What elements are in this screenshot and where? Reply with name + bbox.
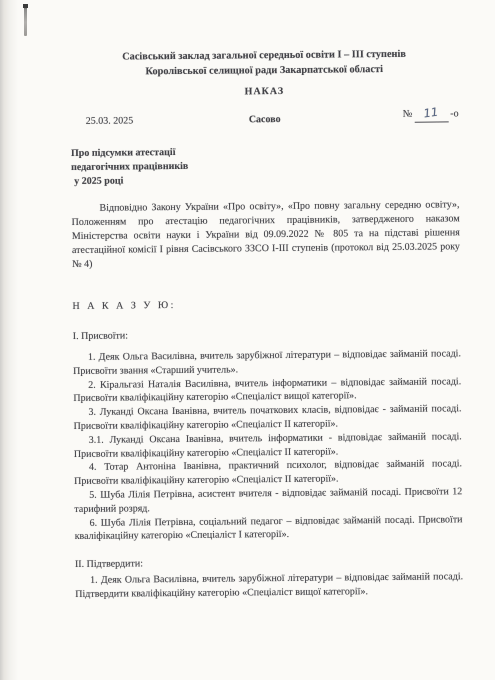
subject-block: Про підсумки атестації педагогічних прац…: [71, 143, 459, 189]
section-2-items: 1. Деяк Ольга Василівна, вчитель зарубіж…: [75, 570, 463, 601]
org-name-block: Сасівський заклад загальної середньої ос…: [70, 46, 458, 80]
section-2-heading: ІІ. Підтвердити:: [75, 554, 463, 572]
doc-number-label: №: [403, 109, 413, 120]
doc-number-underline: 11: [414, 107, 448, 122]
order-item-4: 4. Тотар Антоніна Іванівна, практичний п…: [74, 458, 462, 489]
scanned-document-page: Сасівський заклад загальної середньої ос…: [0, 0, 495, 680]
staple-mark: [24, 5, 27, 36]
doc-number: №11-о: [403, 107, 459, 122]
order-item-6: 6. Шуба Лілія Петрівна, соціальний педаг…: [74, 513, 462, 544]
confirm-item-1: 1. Деяк Ольга Василівна, вчитель зарубіж…: [75, 570, 463, 601]
order-item-3: 3. Луканді Оксана Іванівна, вчитель поча…: [73, 402, 461, 433]
doc-number-handwritten: 11: [423, 106, 439, 119]
page-edge-shadow: [0, 0, 18, 680]
doc-number-suffix: -о: [450, 108, 458, 119]
doc-place: Сасово: [71, 111, 459, 129]
order-item-2: 2. Кіральгазі Наталія Василівна, вчитель…: [73, 375, 461, 406]
order-item-1: 1. Деяк Ольга Василівна, вчитель зарубіж…: [73, 347, 461, 378]
document-content: Сасівський заклад загальної середньої ос…: [70, 46, 463, 601]
doc-type-title: НАКАЗ: [70, 83, 458, 101]
section-1-items: 1. Деяк Ольга Василівна, вчитель зарубіж…: [73, 347, 463, 544]
doc-meta-row: 25.03. 2025 Сасово №11-о: [71, 111, 459, 130]
order-item-5: 5. Шуба Лілія Петрівна, асистент вчителя…: [74, 485, 462, 516]
order-item-3-1: 3.1. Луканді Оксана Іванівна, вчитель ін…: [74, 430, 462, 461]
section-1-heading: І. Присвоїти:: [73, 326, 461, 344]
preamble-paragraph: Відповідно Закону України «Про освіту», …: [71, 199, 460, 272]
decree-word: Н А К А З У Ю:: [72, 297, 460, 315]
